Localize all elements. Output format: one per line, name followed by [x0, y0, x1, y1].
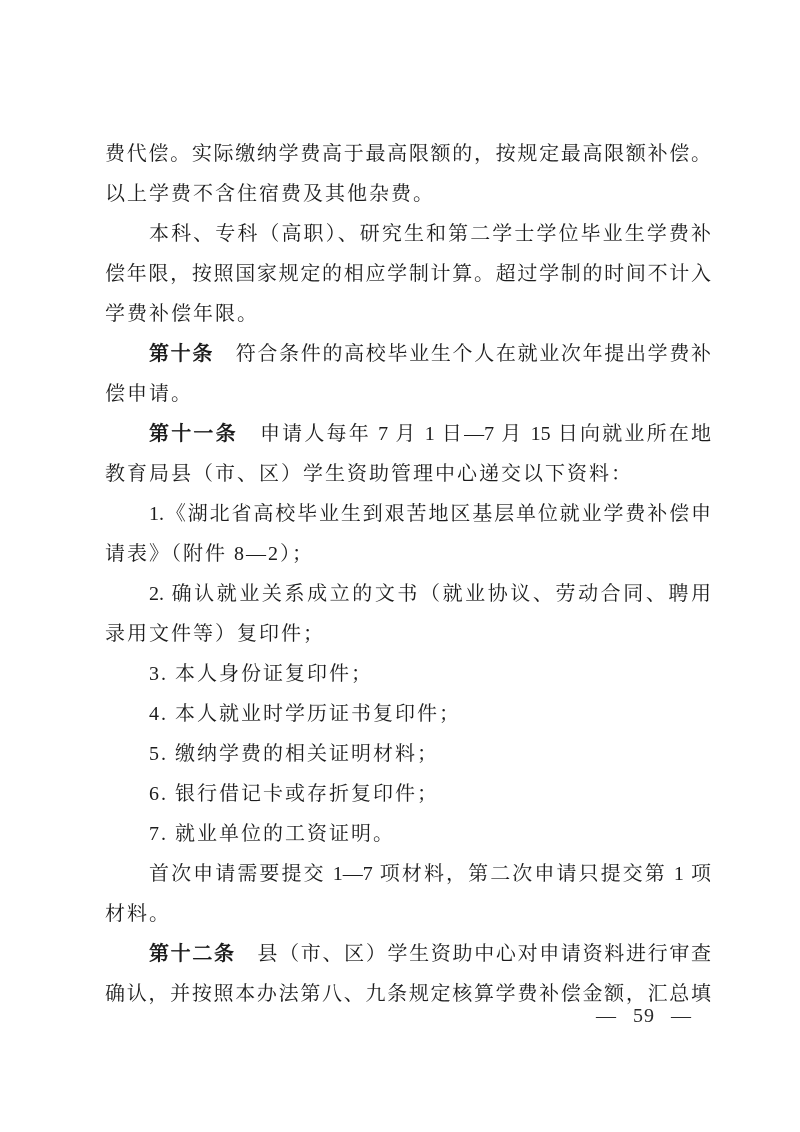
text-line: 6. 银行借记卡或存折复印件； — [105, 774, 711, 814]
text-line: 3. 本人身份证复印件； — [105, 654, 711, 694]
text-line: 材料。 — [105, 894, 711, 934]
text-line: 7. 就业单位的工资证明。 — [105, 814, 711, 854]
text-line: 偿申请。 — [105, 374, 711, 414]
article-number: 第十一条 — [149, 423, 238, 445]
article-number: 第十条 — [149, 343, 214, 365]
text-line: 本科、专科（高职）、研究生和第二学士学位毕业生学费补 — [105, 214, 711, 254]
page-number: — 59 — — [596, 1005, 692, 1028]
text-line: 学费补偿年限。 — [105, 294, 711, 334]
text-line: 以上学费不含住宿费及其他杂费。 — [105, 174, 711, 214]
text-line: 第十二条 县（市、区）学生资助中心对申请资料进行审查 — [105, 934, 711, 974]
text-line: 1.《湖北省高校毕业生到艰苦地区基层单位就业学费补偿申 — [105, 494, 711, 534]
document-lines: 费代偿。实际缴纳学费高于最高限额的，按规定最高限额补偿。以上学费不含住宿费及其他… — [105, 134, 711, 1014]
text-line: 第十一条 申请人每年 7 月 1 日—7 月 15 日向就业所在地 — [105, 414, 711, 454]
text-line: 4. 本人就业时学历证书复印件； — [105, 694, 711, 734]
text-line: 首次申请需要提交 1—7 项材料，第二次申请只提交第 1 项 — [105, 854, 711, 894]
text-line: 请表》（附件 8—2）； — [105, 534, 711, 574]
text-line: 2. 确认就业关系成立的文书（就业协议、劳动合同、聘用 — [105, 574, 711, 614]
article-number: 第十二条 — [149, 943, 236, 965]
text-line: 5. 缴纳学费的相关证明材料； — [105, 734, 711, 774]
text-line: 偿年限，按照国家规定的相应学制计算。超过学制的时间不计入 — [105, 254, 711, 294]
document-page: 费代偿。实际缴纳学费高于最高限额的，按规定最高限额补偿。以上学费不含住宿费及其他… — [0, 0, 800, 1132]
text-line: 教育局县（市、区）学生资助管理中心递交以下资料： — [105, 454, 711, 494]
text-line: 第十条 符合条件的高校毕业生个人在就业次年提出学费补 — [105, 334, 711, 374]
text-line: 录用文件等）复印件； — [105, 614, 711, 654]
text-line: 费代偿。实际缴纳学费高于最高限额的，按规定最高限额补偿。 — [105, 134, 711, 174]
